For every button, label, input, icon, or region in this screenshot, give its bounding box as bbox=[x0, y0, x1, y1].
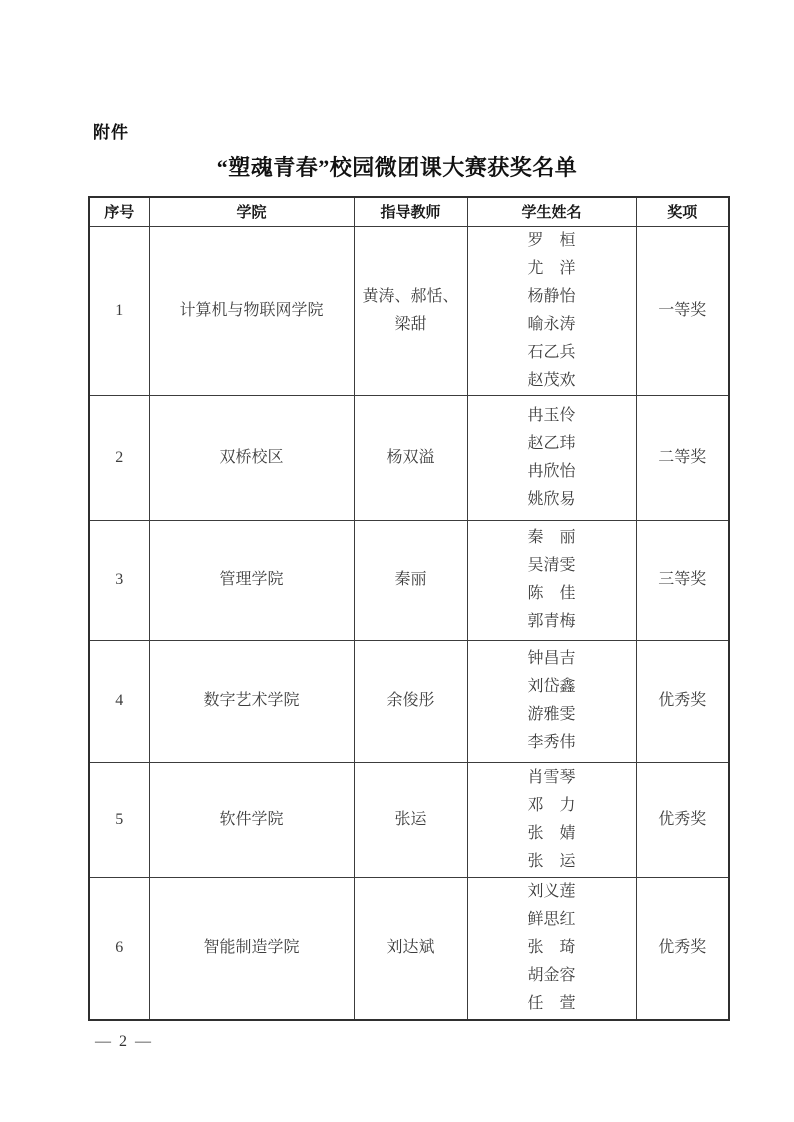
students-cell: 罗 桓尤 洋杨静怡喻永涛石乙兵赵茂欢 bbox=[467, 226, 636, 395]
table-row: 6 智能制造学院 刘达斌 刘义莲鲜思红张 琦胡金容任 萱 优秀奖 bbox=[89, 877, 729, 1020]
header-students: 学生姓名 bbox=[467, 197, 636, 226]
student-name: 胡金容 bbox=[474, 962, 630, 990]
award-table: 序号 学院 指导教师 学生姓名 奖项 1 计算机与物联网学院 黄涛、郝恬、梁甜 … bbox=[88, 196, 730, 1021]
table-row: 1 计算机与物联网学院 黄涛、郝恬、梁甜 罗 桓尤 洋杨静怡喻永涛石乙兵赵茂欢 … bbox=[89, 226, 729, 395]
award-cell: 优秀奖 bbox=[636, 877, 729, 1020]
header-award: 奖项 bbox=[636, 197, 729, 226]
student-name: 吴清雯 bbox=[474, 552, 630, 580]
table-row: 4 数字艺术学院 余俊彤 钟昌吉刘岱鑫游雅雯李秀伟 优秀奖 bbox=[89, 640, 729, 762]
college-cell: 双桥校区 bbox=[149, 395, 354, 520]
student-name: 赵乙玮 bbox=[474, 430, 630, 458]
students-cell: 刘义莲鲜思红张 琦胡金容任 萱 bbox=[467, 877, 636, 1020]
student-name: 钟昌吉 bbox=[474, 645, 630, 673]
award-cell: 优秀奖 bbox=[636, 762, 729, 877]
student-name: 冉欣怡 bbox=[474, 458, 630, 486]
student-name: 张 婧 bbox=[474, 820, 630, 848]
student-name: 杨静怡 bbox=[474, 283, 630, 311]
table-row: 3 管理学院 秦丽 秦 丽吴清雯陈 佳郭青梅 三等奖 bbox=[89, 520, 729, 640]
college-cell: 智能制造学院 bbox=[149, 877, 354, 1020]
award-cell: 优秀奖 bbox=[636, 640, 729, 762]
student-name: 李秀伟 bbox=[474, 729, 630, 757]
seq-cell: 1 bbox=[89, 226, 149, 395]
teacher-cell: 秦丽 bbox=[354, 520, 467, 640]
header-college: 学院 bbox=[149, 197, 354, 226]
student-name: 姚欣易 bbox=[474, 486, 630, 514]
students-cell: 肖雪琴邓 力张 婧张 运 bbox=[467, 762, 636, 877]
college-cell: 数字艺术学院 bbox=[149, 640, 354, 762]
award-cell: 三等奖 bbox=[636, 520, 729, 640]
student-name: 陈 佳 bbox=[474, 580, 630, 608]
header-teacher: 指导教师 bbox=[354, 197, 467, 226]
student-name: 刘岱鑫 bbox=[474, 673, 630, 701]
teacher-cell: 余俊彤 bbox=[354, 640, 467, 762]
college-cell: 计算机与物联网学院 bbox=[149, 226, 354, 395]
document-page: 附件 “塑魂青春”校园微团课大赛获奖名单 序号 学院 指导教师 学生姓名 奖项 … bbox=[0, 0, 794, 1122]
student-name: 郭青梅 bbox=[474, 608, 630, 636]
seq-cell: 2 bbox=[89, 395, 149, 520]
seq-cell: 5 bbox=[89, 762, 149, 877]
student-name: 秦 丽 bbox=[474, 524, 630, 552]
student-name: 张 运 bbox=[474, 848, 630, 876]
students-cell: 秦 丽吴清雯陈 佳郭青梅 bbox=[467, 520, 636, 640]
header-seq: 序号 bbox=[89, 197, 149, 226]
header-row: 序号 学院 指导教师 学生姓名 奖项 bbox=[89, 197, 729, 226]
student-name: 鲜思红 bbox=[474, 906, 630, 934]
seq-cell: 4 bbox=[89, 640, 149, 762]
student-name: 罗 桓 bbox=[474, 227, 630, 255]
award-table-body: 1 计算机与物联网学院 黄涛、郝恬、梁甜 罗 桓尤 洋杨静怡喻永涛石乙兵赵茂欢 … bbox=[89, 226, 729, 1020]
teacher-cell: 杨双溢 bbox=[354, 395, 467, 520]
award-cell: 二等奖 bbox=[636, 395, 729, 520]
student-name: 喻永涛 bbox=[474, 311, 630, 339]
seq-cell: 3 bbox=[89, 520, 149, 640]
student-name: 赵茂欢 bbox=[474, 367, 630, 395]
student-name: 尤 洋 bbox=[474, 255, 630, 283]
attachment-label: 附件 bbox=[93, 118, 129, 143]
student-name: 邓 力 bbox=[474, 792, 630, 820]
student-name: 石乙兵 bbox=[474, 339, 630, 367]
student-name: 肖雪琴 bbox=[474, 764, 630, 792]
teacher-cell: 黄涛、郝恬、梁甜 bbox=[354, 226, 467, 395]
students-cell: 冉玉伶赵乙玮冉欣怡姚欣易 bbox=[467, 395, 636, 520]
student-name: 游雅雯 bbox=[474, 701, 630, 729]
seq-cell: 6 bbox=[89, 877, 149, 1020]
student-name: 冉玉伶 bbox=[474, 402, 630, 430]
award-table-header: 序号 学院 指导教师 学生姓名 奖项 bbox=[89, 197, 729, 226]
page-number: — 2 — bbox=[95, 1033, 153, 1051]
college-cell: 软件学院 bbox=[149, 762, 354, 877]
table-row: 2 双桥校区 杨双溢 冉玉伶赵乙玮冉欣怡姚欣易 二等奖 bbox=[89, 395, 729, 520]
award-cell: 一等奖 bbox=[636, 226, 729, 395]
teacher-cell: 刘达斌 bbox=[354, 877, 467, 1020]
student-name: 刘义莲 bbox=[474, 878, 630, 906]
college-cell: 管理学院 bbox=[149, 520, 354, 640]
student-name: 张 琦 bbox=[474, 934, 630, 962]
students-cell: 钟昌吉刘岱鑫游雅雯李秀伟 bbox=[467, 640, 636, 762]
table-row: 5 软件学院 张运 肖雪琴邓 力张 婧张 运 优秀奖 bbox=[89, 762, 729, 877]
teacher-cell: 张运 bbox=[354, 762, 467, 877]
student-name: 任 萱 bbox=[474, 990, 630, 1018]
page-title: “塑魂青春”校园微团课大赛获奖名单 bbox=[0, 151, 794, 182]
